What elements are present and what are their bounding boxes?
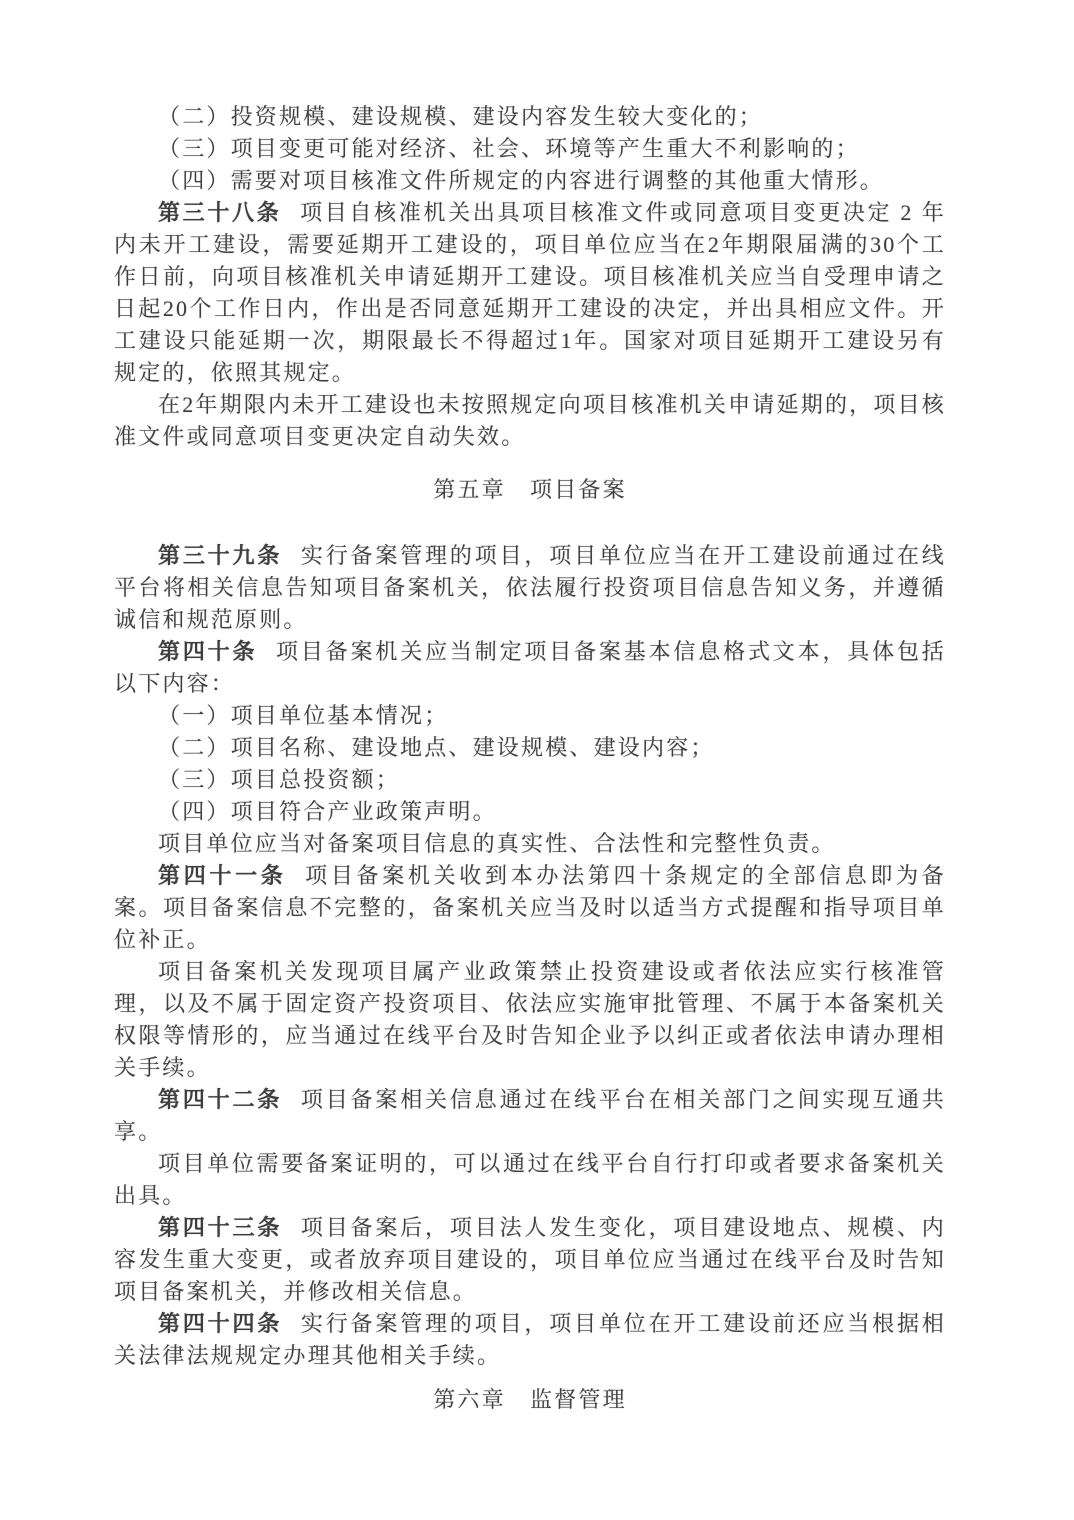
article-number: 第三十九条	[158, 543, 282, 568]
paragraph-text: 在2年期限内未开工建设也未按照规定向项目核准机关申请延期的，项目核准文件或同意项…	[114, 392, 946, 449]
paragraph: 项目单位应当对备案项目信息的真实性、合法性和完整性负责。	[114, 828, 946, 860]
chapter-heading: 第六章监督管理	[114, 1384, 946, 1416]
paragraph-text: （二）项目名称、建设地点、建设规模、建设内容；	[158, 735, 715, 760]
article-paragraph: 第四十一条项目备案机关收到本办法第四十条规定的全部信息即为备案。项目备案信息不完…	[114, 860, 946, 956]
article-paragraph: 第三十九条实行备案管理的项目，项目单位应当在开工建设前通过在线平台将相关信息告知…	[114, 540, 946, 636]
paragraph-text: （三）项目变更可能对经济、社会、环境等产生重大不利影响的；	[158, 136, 860, 161]
paragraph: （一）项目单位基本情况；	[114, 700, 946, 732]
article-number: 第四十三条	[158, 1215, 282, 1240]
paragraph-text: （二）投资规模、建设规模、建设内容发生较大变化的；	[158, 104, 763, 129]
chapter-title: 监督管理	[530, 1387, 627, 1412]
chapter-number: 第六章	[433, 1387, 506, 1412]
paragraph-text: （三）项目总投资额；	[158, 767, 400, 792]
article-number: 第四十一条	[158, 863, 286, 888]
paragraph-text: 项目单位需要备案证明的，可以通过在线平台自行打印或者要求备案机关出具。	[114, 1151, 946, 1208]
article-number: 第三十八条	[158, 200, 281, 225]
paragraph: （三）项目变更可能对经济、社会、环境等产生重大不利影响的；	[114, 133, 946, 165]
paragraph: （三）项目总投资额；	[114, 764, 946, 796]
paragraph-text: （四）项目符合产业政策声明。	[158, 799, 497, 824]
article-paragraph: 第四十条项目备案机关应当制定项目备案基本信息格式文本，具体包括以下内容：	[114, 636, 946, 700]
chapter-heading: 第五章项目备案	[114, 474, 946, 506]
article-paragraph: 第三十八条项目自核准机关出具项目核准文件或同意项目变更决定 2 年内未开工建设，…	[114, 197, 946, 389]
paragraph-text: （四）需要对项目核准文件所规定的内容进行调整的其他重大情形。	[158, 168, 884, 193]
article-number: 第四十二条	[158, 1087, 282, 1112]
article-text: 项目自核准机关出具项目核准文件或同意项目变更决定 2 年内未开工建设，需要延期开…	[114, 200, 946, 385]
paragraph: （四）需要对项目核准文件所规定的内容进行调整的其他重大情形。	[114, 165, 946, 197]
chapter-number: 第五章	[433, 477, 506, 502]
paragraph-text: 项目单位应当对备案项目信息的真实性、合法性和完整性负责。	[158, 831, 836, 856]
article-number: 第四十条	[158, 639, 257, 664]
article-number: 第四十四条	[158, 1311, 282, 1336]
paragraph: 项目单位需要备案证明的，可以通过在线平台自行打印或者要求备案机关出具。	[114, 1148, 946, 1212]
article-paragraph: 第四十四条实行备案管理的项目，项目单位在开工建设前还应当根据相关法律法规规定办理…	[114, 1308, 946, 1372]
paragraph-text: 项目备案机关发现项目属产业政策禁止投资建设或者依法应实行核准管理，以及不属于固定…	[114, 959, 946, 1080]
chapter-title: 项目备案	[530, 477, 627, 502]
paragraph: （二）投资规模、建设规模、建设内容发生较大变化的；	[114, 101, 946, 133]
paragraph: 项目备案机关发现项目属产业政策禁止投资建设或者依法应实行核准管理，以及不属于固定…	[114, 956, 946, 1084]
paragraph: （四）项目符合产业政策声明。	[114, 796, 946, 828]
article-paragraph: 第四十三条项目备案后，项目法人发生变化，项目建设地点、规模、内容发生重大变更，或…	[114, 1212, 946, 1308]
paragraph-text: （一）项目单位基本情况；	[158, 703, 448, 728]
paragraph: （二）项目名称、建设地点、建设规模、建设内容；	[114, 732, 946, 764]
paragraph: 在2年期限内未开工建设也未按照规定向项目核准机关申请延期的，项目核准文件或同意项…	[114, 389, 946, 453]
document-page: （二）投资规模、建设规模、建设内容发生较大变化的； （三）项目变更可能对经济、社…	[114, 101, 946, 1416]
article-paragraph: 第四十二条项目备案相关信息通过在线平台在相关部门之间实现互通共享。	[114, 1084, 946, 1148]
